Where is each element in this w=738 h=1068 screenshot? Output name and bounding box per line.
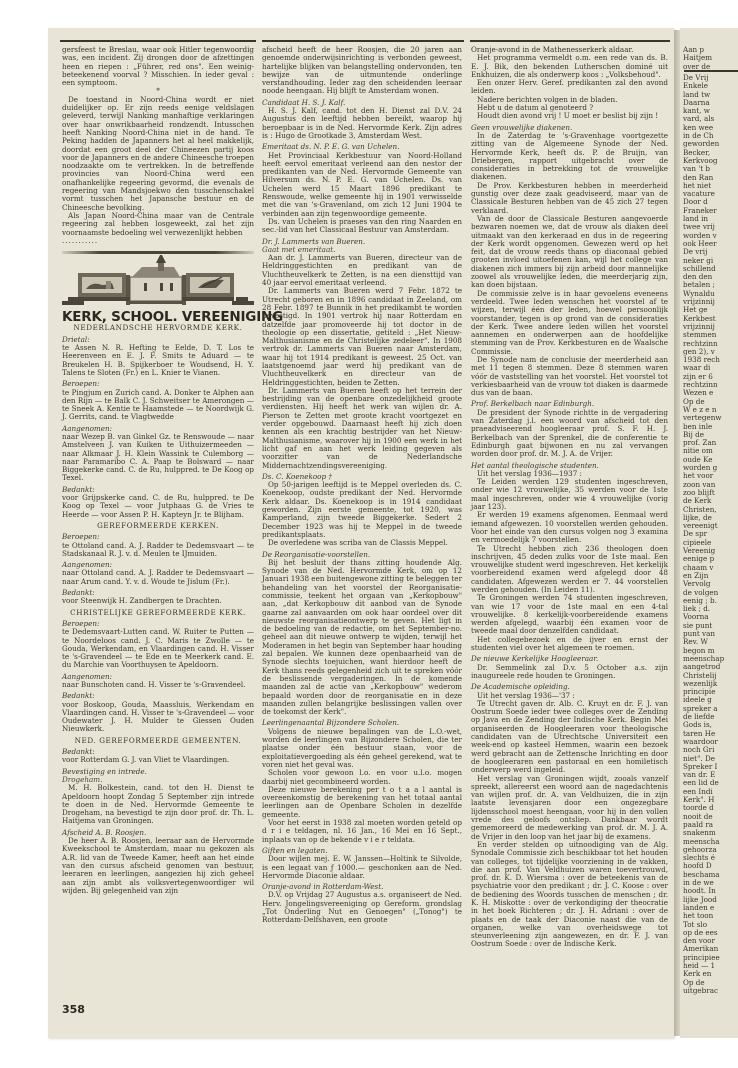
column-rule [60,40,256,42]
article-paragraph: Op 50-jarigen leeftijd is te Meppel over… [262,481,462,539]
article-paragraph: Te Groningen werden 74 studenten ingesch… [471,594,668,635]
article-paragraph: Houdt dien avond vrij ! U moet er beslis… [471,112,668,120]
article-paragraph: Deze nieuwe berekening per t o t a a l a… [262,786,462,819]
article-paragraph: Er werden 19 examens afgenomen. Eenmaal … [471,511,668,544]
article-paragraph: Dr. Lammerts van Bueren werd 7 Febr. 187… [262,287,462,387]
page-number: 358 [62,1003,85,1016]
article-paragraph: te Dedemsvaart-Lutten cand. W. Ruiter te… [62,628,254,669]
article-paragraph: Het Provinciaal Kerkbestuur van Noord-Ho… [262,152,462,218]
article-paragraph: afscheid heeft de heer Roosjen, die 20 j… [262,46,462,96]
article-paragraph: De overledene was scriba van de Classis … [262,539,462,547]
denomination-heading: GEREFORMEERDE KERKEN. [62,522,254,530]
article-paragraph: Het programma vermeldt o.m. een rede van… [471,54,668,79]
denomination-heading: CHRISTELIJKE GEREFORMEERDE KERK. [62,609,254,617]
next-page-line: uitgebrac [683,987,718,995]
article-paragraph: Scholen voor gewoon l.o. en voor u.l.o. … [262,769,462,786]
article-paragraph: Te Leiden werden 129 studenten ingeschre… [471,478,668,511]
article-paragraph: Te Utrecht gaven dr. Alb. C. Kruyt en dr… [471,700,668,775]
article-paragraph: Door wijlen mej. E. W. Janssen—Holtink t… [262,855,462,880]
column-rule [470,40,670,42]
column-rule [262,40,464,42]
article-paragraph: H. S. J. Kalf, cand. tot den H. Dienst z… [262,107,462,140]
article-paragraph: De commissie zelve is in haar gevoelens … [471,290,668,356]
article-paragraph: voor Grijpskerke cand. C. de Ru, hulppre… [62,494,254,519]
article-paragraph: En verder stelden op uitnoodiging van de… [471,841,668,949]
section-separator: ........... [62,237,254,245]
article-paragraph: naar Ottoland cand. A. J. Radder te Dede… [62,569,254,586]
column-left: gersfeest te Breslau, waar ook Hitler te… [62,46,254,895]
column-middle: afscheid heeft de heer Roosjen, die 20 j… [262,46,462,925]
article-paragraph: In de Zaterdag te 's-Gravenhage voortgez… [471,132,668,182]
section-title: KERK, SCHOOL. VEREENIGING [62,313,254,321]
article-paragraph: D.V. op Vrijdag 27 Augustus a.s. organis… [262,891,462,924]
article-paragraph: Ds. van Uchelen is praeses van den ring … [262,218,462,235]
section-banner [62,251,254,311]
article-paragraph: Voor het eerst in 1938 zal moeten worden… [262,819,462,844]
article-paragraph: gersfeest te Breslau, waar ook Hitler te… [62,46,254,87]
article-paragraph: De heer A. B. Roosjen, leeraar aan de He… [62,837,254,895]
article-paragraph: naar Bunschoten cand. H. Visser te 's-Gr… [62,681,254,689]
article-paragraph: De Prov. Kerkbesturen hebben in meerderh… [471,182,668,215]
article-paragraph: naar Wezep B. van Ginkel Gz. te Renswoud… [62,433,254,483]
column-right: Oranje-avond in de Mathenesserkerk aldaa… [471,46,668,949]
denomination-heading: NEDERLANDSCHE HERVORMDE KERK. [62,324,254,332]
banner-rule [62,251,254,254]
article-paragraph: Een onzer Herv. Geref. predikanten zal d… [471,79,668,96]
next-page-line: over de [683,63,710,71]
article-paragraph: Het collegebezoek en de ijver en ernst d… [471,636,668,653]
article-paragraph: Bij het besluit der thans zitting houden… [262,559,462,717]
article-paragraph: De toestand in Noord-China wordt er niet… [62,96,254,212]
article-paragraph: Aan dr. J. Lammerts van Bueren, directeu… [262,254,462,287]
article-paragraph: te Assen N. R. Hefting te Eelde, D. T. L… [62,344,254,377]
article-paragraph: Van de door de Classicale Besturen aange… [471,215,668,290]
denomination-heading: NED. GEREFORMEERDE GEMEENTEN. [62,737,254,745]
church-school-illustration-icon [62,255,254,313]
article-paragraph: De president der Synode richtte in de ve… [471,409,668,459]
article-paragraph: Als Japan Noord-China maar van de Centra… [62,212,254,237]
article-paragraph: voor Steenwijk H. Zandbergen te Drachten… [62,597,254,605]
article-paragraph: Volgens de nieuwe bepalingen van de L.O.… [262,728,462,769]
article-paragraph: te Pingjum en Zurich cand. A. Donker te … [62,389,254,422]
article-paragraph: voor Rotterdam G. J. van Vliet te Vlaard… [62,756,254,764]
article-paragraph: te Ottoland cand. A. J. Radder te Dedems… [62,542,254,559]
article-paragraph: M. H. Bolkestein, cand. tot den H. Diens… [62,784,254,825]
article-paragraph: voor Boskoop, Gouda, Maassluis, Werkenda… [62,701,254,734]
article-paragraph: Te Utrecht hebben zich 236 theologen doe… [471,545,668,595]
article-paragraph: Dr. Lammerts van Bueren heeft op het ter… [262,387,462,470]
article-paragraph: Dr. Semmelink zal D.v. 5 October a.s. zi… [471,664,668,681]
article-paragraph: Het verslag van Groningen wijdt, zooals … [471,775,668,841]
article-paragraph: De Synode nam de conclusie der meerderhe… [471,356,668,397]
